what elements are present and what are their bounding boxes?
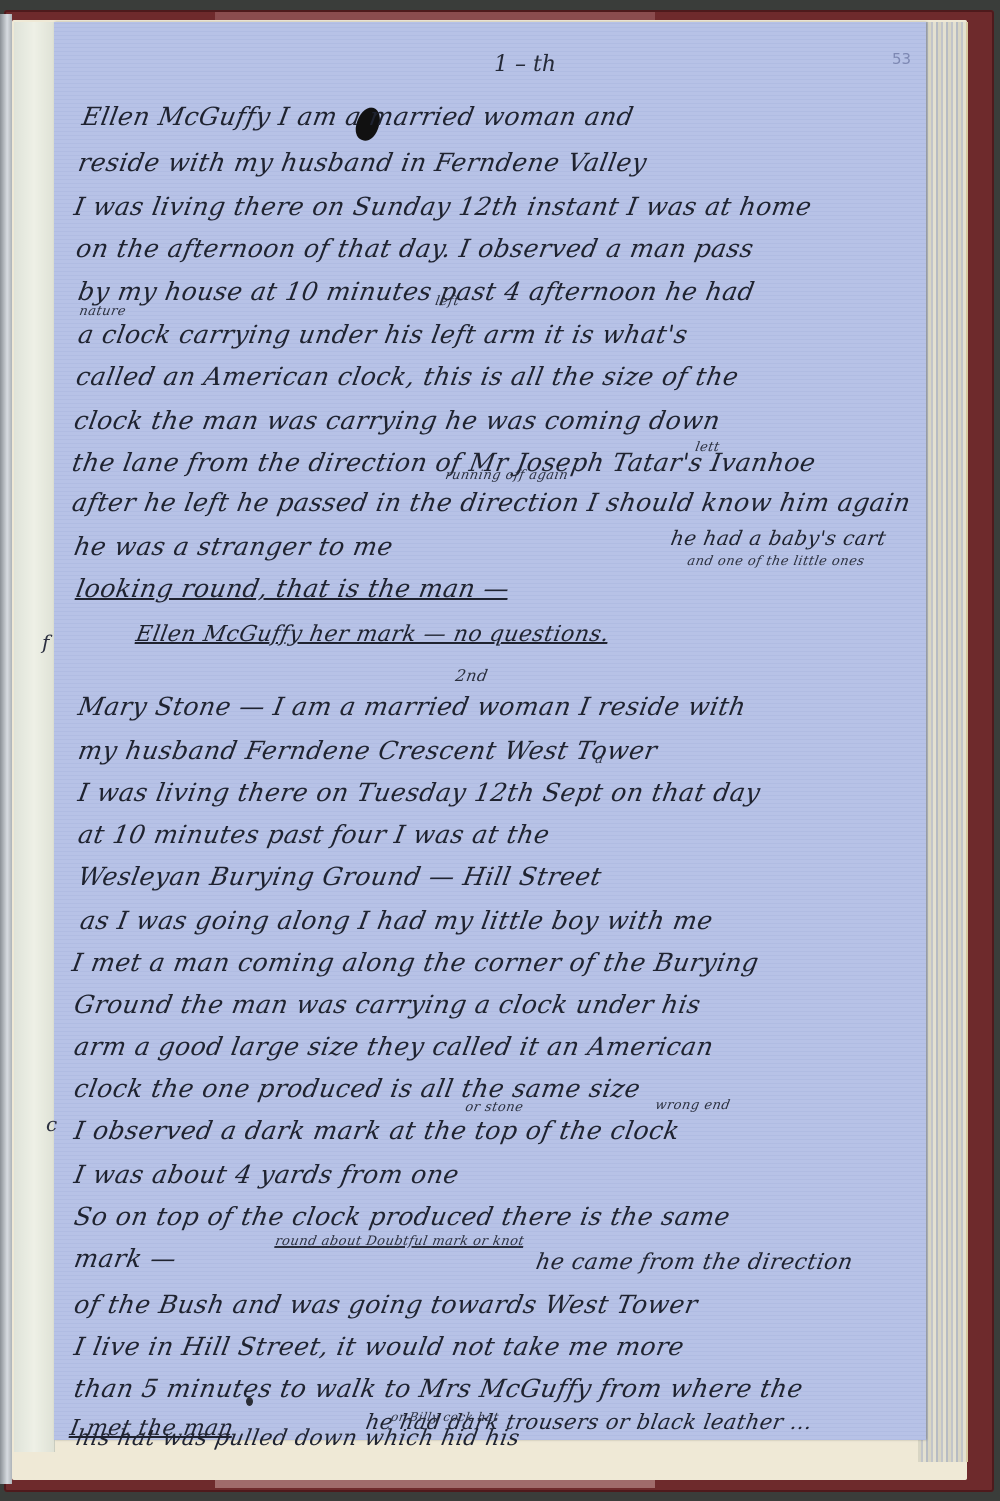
folio-number: 53 (892, 50, 911, 68)
line-14: my husband Ferndene Crescent West Tower (76, 736, 660, 765)
line-26b: he came from the direction (534, 1250, 855, 1275)
line-17: Wesleyan Burying Ground — Hill Street (76, 862, 604, 891)
line-22: clock the one produced is all the same s… (72, 1074, 643, 1103)
line-2: reside with my husband in Ferndene Valle… (76, 148, 649, 177)
line-18: as I was going along I had my little boy… (78, 906, 715, 935)
guard-strip (14, 22, 55, 1452)
line-11: he was a stranger to me (72, 532, 395, 561)
line-25: So on top of the clock produced there is… (72, 1202, 733, 1231)
line-21: arm a good large size they called it an … (72, 1032, 716, 1061)
manuscript-page: 53 1 – th Ellen McGuffy I am a married w… (54, 22, 926, 1440)
margin-addition-2: and one of the little ones (686, 554, 866, 569)
interlinear-note: or stone (464, 1100, 525, 1115)
line-1: Ellen McGuffy I am a married woman and (80, 102, 636, 131)
line-10: after he left he passed in the direction… (70, 488, 913, 517)
line-4: on the afternoon of that day. I observed… (74, 234, 756, 263)
line-24: I was about 4 yards from one (72, 1160, 462, 1189)
interlinear-note: left (434, 294, 461, 309)
line-15: I was living there on Tuesday 12th Sept … (76, 778, 763, 807)
ink-spot (246, 1397, 253, 1406)
line-26: mark — (72, 1244, 179, 1273)
interlinear-note: lett (694, 440, 721, 455)
section-2-mark: 2nd (454, 666, 490, 685)
line-7: called an American clock, this is all th… (74, 362, 741, 391)
line-28: I live in Hill Street, it would not take… (72, 1332, 687, 1361)
line-27: of the Bush and was going towards West T… (72, 1290, 700, 1319)
line-29: than 5 minutes to walk to Mrs McGuffy fr… (72, 1374, 805, 1403)
interlinear-note: running off again (444, 468, 569, 483)
interlinear-note: nature (78, 304, 127, 319)
line-3: I was living there on Sunday 12th instan… (72, 192, 814, 221)
margin-addition: he had a baby's cart (669, 526, 888, 550)
binding-stub (0, 14, 12, 1484)
line-16: at 10 minutes past four I was at the (76, 820, 552, 849)
line-8: clock the man was carrying he was coming… (72, 406, 723, 435)
interlinear-note: or Billy cock hat (390, 1410, 500, 1424)
line-12: looking round, that is the man — (74, 574, 512, 603)
margin-mark: c (46, 1112, 57, 1136)
line-6: a clock carrying under his left arm it i… (76, 320, 690, 349)
line-13: Mary Stone — I am a married woman I resi… (76, 692, 748, 721)
signature-line-1: Ellen McGuffy her mark — no questions. (134, 622, 611, 647)
line-5: by my house at 10 minutes past 4 afterno… (76, 277, 757, 306)
interlinear-note: round about Doubtful mark or knot (274, 1234, 525, 1249)
interlinear-note: wrong end (654, 1098, 732, 1113)
line-31: his hat was pulled down which hid his (74, 1426, 522, 1451)
line-19: I met a man coming along the corner of t… (70, 948, 761, 977)
line-23: I observed a dark mark at the top of the… (72, 1116, 682, 1145)
page-mark: 1 – th (494, 52, 556, 77)
line-20: Ground the man was carrying a clock unde… (72, 990, 703, 1019)
margin-mark: f (42, 630, 49, 654)
